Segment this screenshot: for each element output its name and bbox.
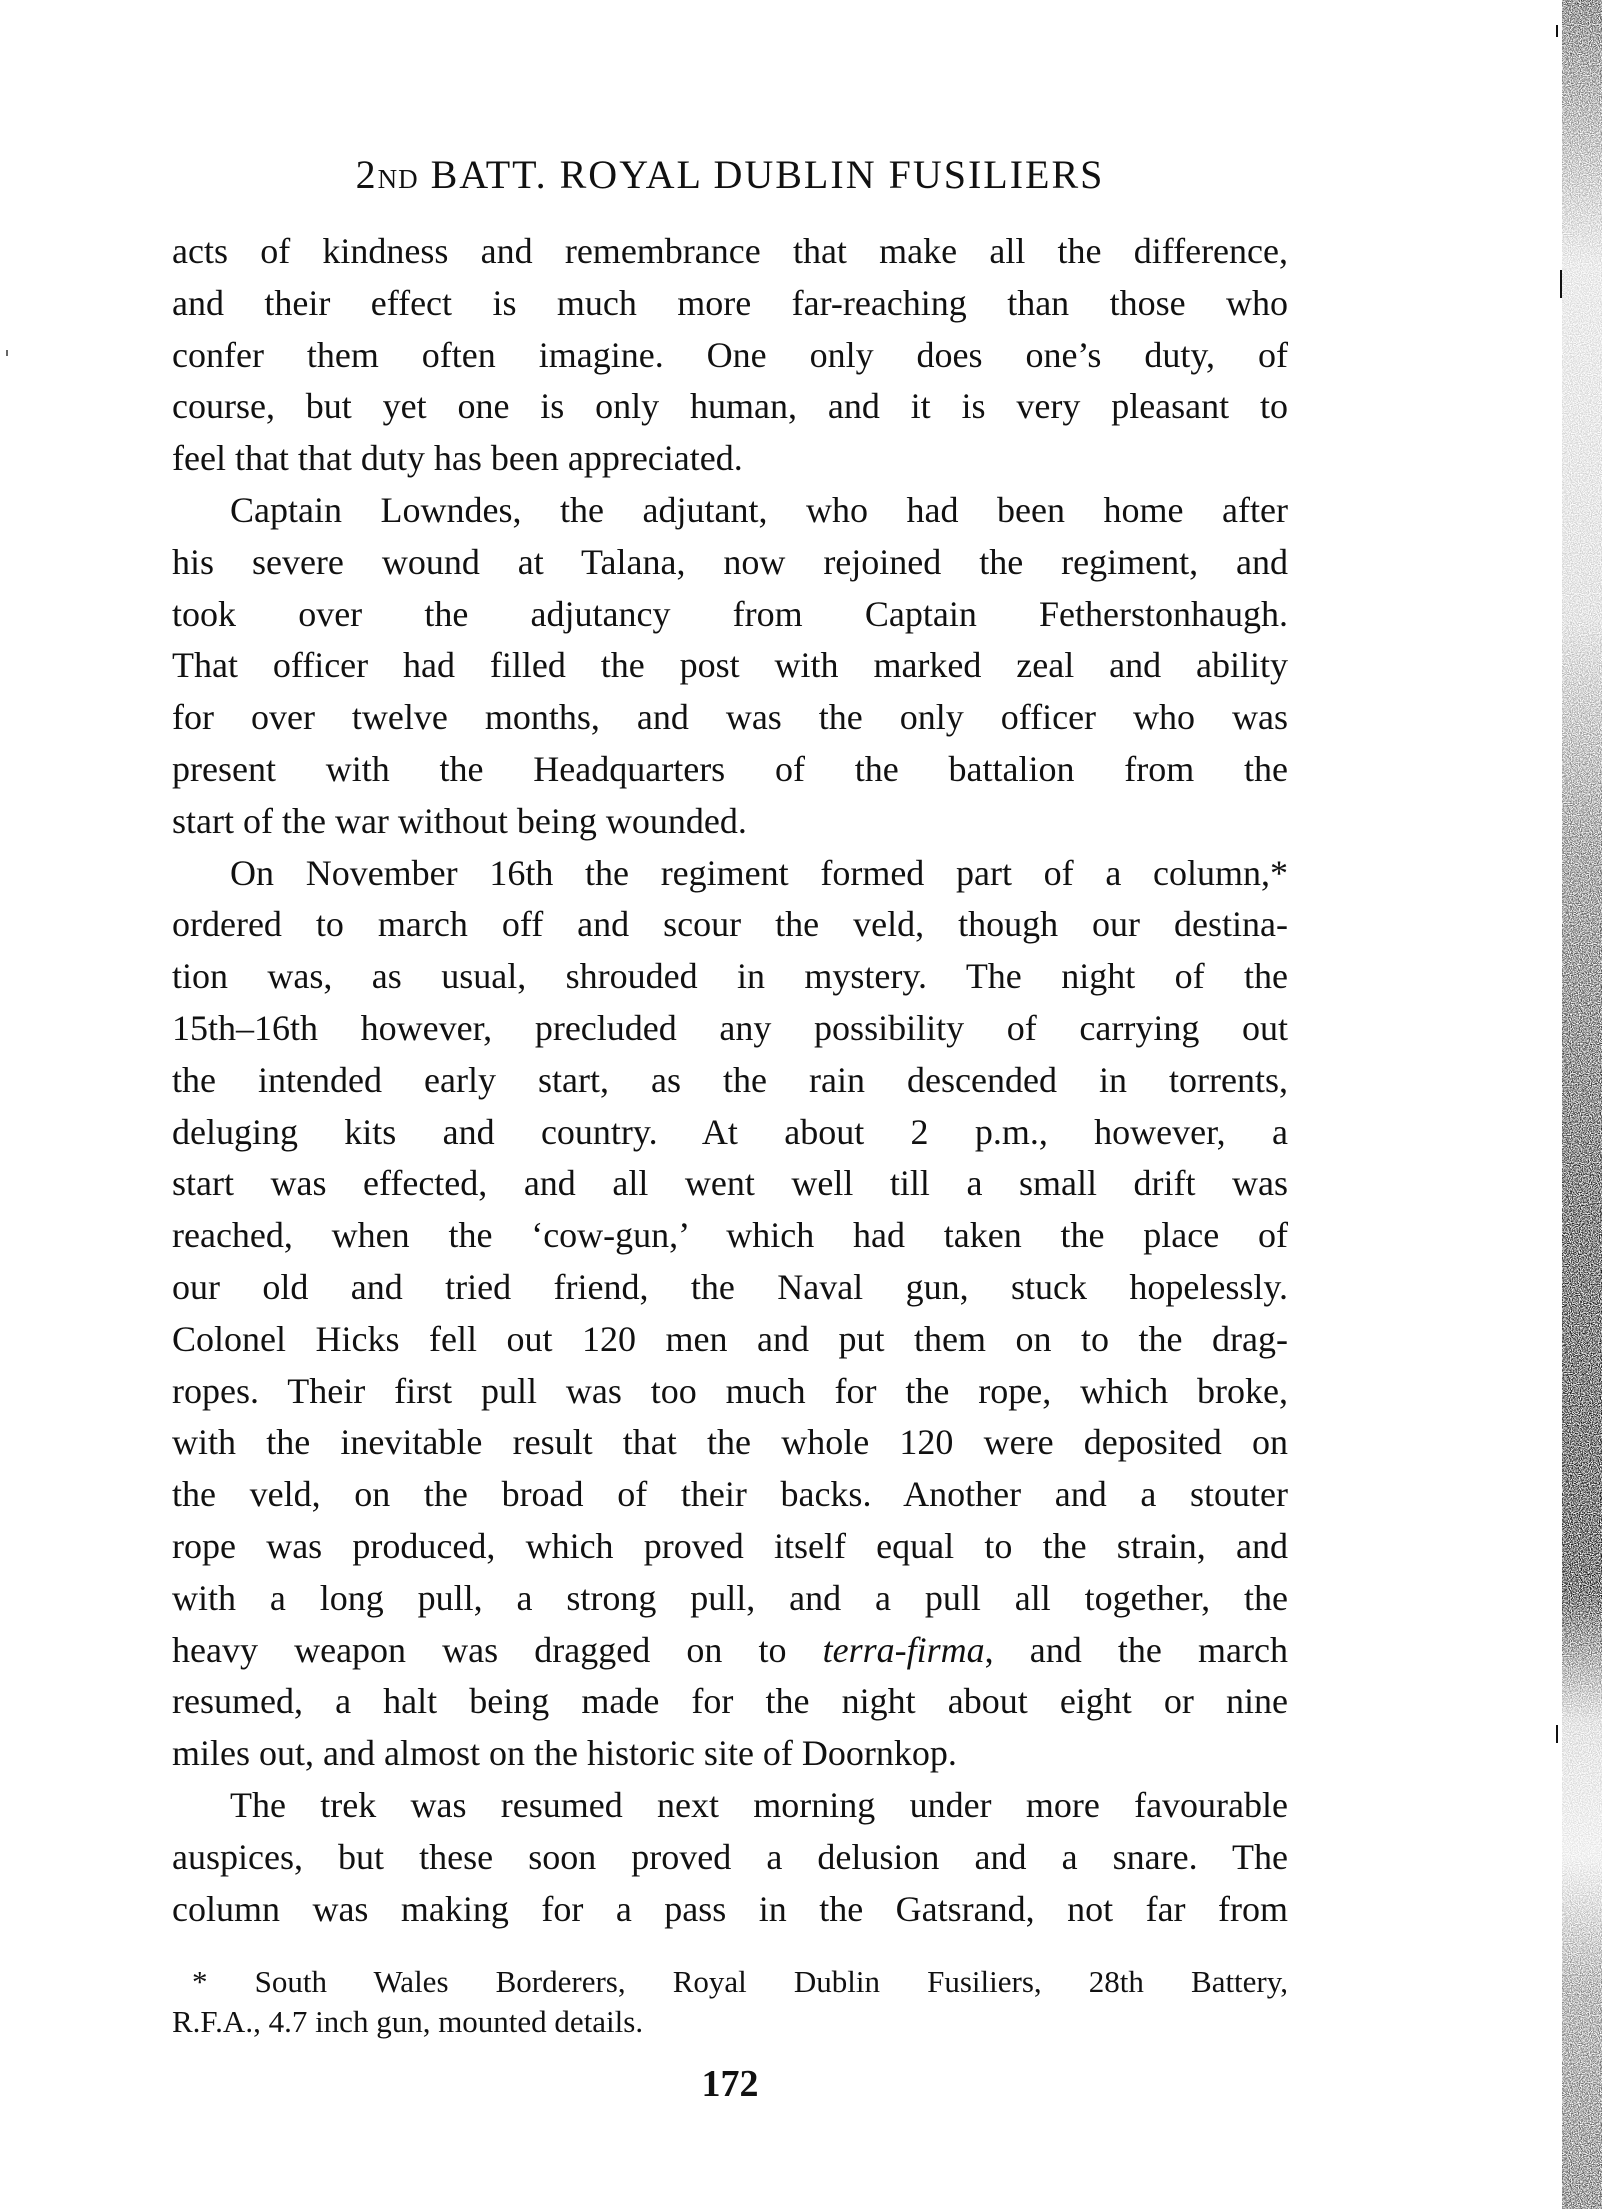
paragraph-start-line: On November 16th the regiment formed par…: [172, 848, 1288, 900]
body-line: miles out, and almost on the historic si…: [172, 1728, 1288, 1780]
body-line: resumed, a halt being made for the night…: [172, 1676, 1288, 1728]
scan-speck: [6, 350, 8, 356]
body-line: course, but yet one is only human, and i…: [172, 381, 1288, 433]
running-head: 2ND BATT. ROYAL DUBLIN FUSILIERS: [172, 150, 1288, 204]
body-line: took over the adjutancy from Captain Fet…: [172, 589, 1288, 641]
body-line: and their effect is much more far-reachi…: [172, 278, 1288, 330]
body-line: ropes. Their first pull was too much for…: [172, 1366, 1288, 1418]
book-page: 2ND BATT. ROYAL DUBLIN FUSILIERS acts of…: [0, 0, 1606, 2209]
body-line: start of the war without being wounded.: [172, 796, 1288, 848]
paragraph-start-line: Captain Lowndes, the adjutant, who had b…: [172, 485, 1288, 537]
body-line: 15th–16th however, precluded any possibi…: [172, 1003, 1288, 1055]
footnote: * South Wales Borderers, Royal Dublin Fu…: [172, 1962, 1288, 2042]
body-line: with the inevitable result that the whol…: [172, 1417, 1288, 1469]
body-line: rope was produced, which proved itself e…: [172, 1521, 1288, 1573]
body-line: column was making for a pass in the Gats…: [172, 1884, 1288, 1936]
body-line: start was effected, and all went well ti…: [172, 1158, 1288, 1210]
scan-noise-icon: [1556, 0, 1606, 2209]
body-line: the veld, on the broad of their backs. A…: [172, 1469, 1288, 1521]
footnote-line: * South Wales Borderers, Royal Dublin Fu…: [172, 1962, 1288, 2002]
body-line: tion was, as usual, shrouded in mystery.…: [172, 951, 1288, 1003]
body-line: reached, when the ‘cow-gun,’ which had t…: [172, 1210, 1288, 1262]
body-line: feel that that duty has been appreciated…: [172, 433, 1288, 485]
body-line: for over twelve months, and was the only…: [172, 692, 1288, 744]
body-line: deluging kits and country. At about 2 p.…: [172, 1107, 1288, 1159]
body-line: ordered to march off and scour the veld,…: [172, 899, 1288, 951]
paragraph-start-line: The trek was resumed next morning under …: [172, 1780, 1288, 1832]
body-line: our old and tried friend, the Naval gun,…: [172, 1262, 1288, 1314]
body-line: his severe wound at Talana, now rejoined…: [172, 537, 1288, 589]
body-line: Colonel Hicks fell out 120 men and put t…: [172, 1314, 1288, 1366]
body-line: with a long pull, a strong pull, and a p…: [172, 1573, 1288, 1625]
body-line: That officer had filled the post with ma…: [172, 640, 1288, 692]
footnote-line: R.F.A., 4.7 inch gun, mounted details.: [172, 2002, 1288, 2042]
body-line: heavy weapon was dragged on to terra-fir…: [172, 1625, 1288, 1677]
body-line: acts of kindness and remembrance that ma…: [172, 226, 1288, 278]
body-line: present with the Headquarters of the bat…: [172, 744, 1288, 796]
body-line: the intended early start, as the rain de…: [172, 1055, 1288, 1107]
running-head-title: BATT. ROYAL DUBLIN FUSILIERS: [431, 152, 1105, 197]
running-head-ordinal-number: 2: [356, 152, 378, 197]
body-text: acts of kindness and remembrance that ma…: [172, 226, 1288, 1935]
scan-edge-shadow: [1556, 0, 1606, 2209]
italic-term: terra-firma: [823, 1630, 985, 1670]
body-line: confer them often imagine. One only does…: [172, 330, 1288, 382]
body-line: auspices, but these soon proved a delusi…: [172, 1832, 1288, 1884]
running-head-ordinal-suffix: ND: [378, 164, 419, 194]
page-number: 172: [172, 2062, 1288, 2106]
